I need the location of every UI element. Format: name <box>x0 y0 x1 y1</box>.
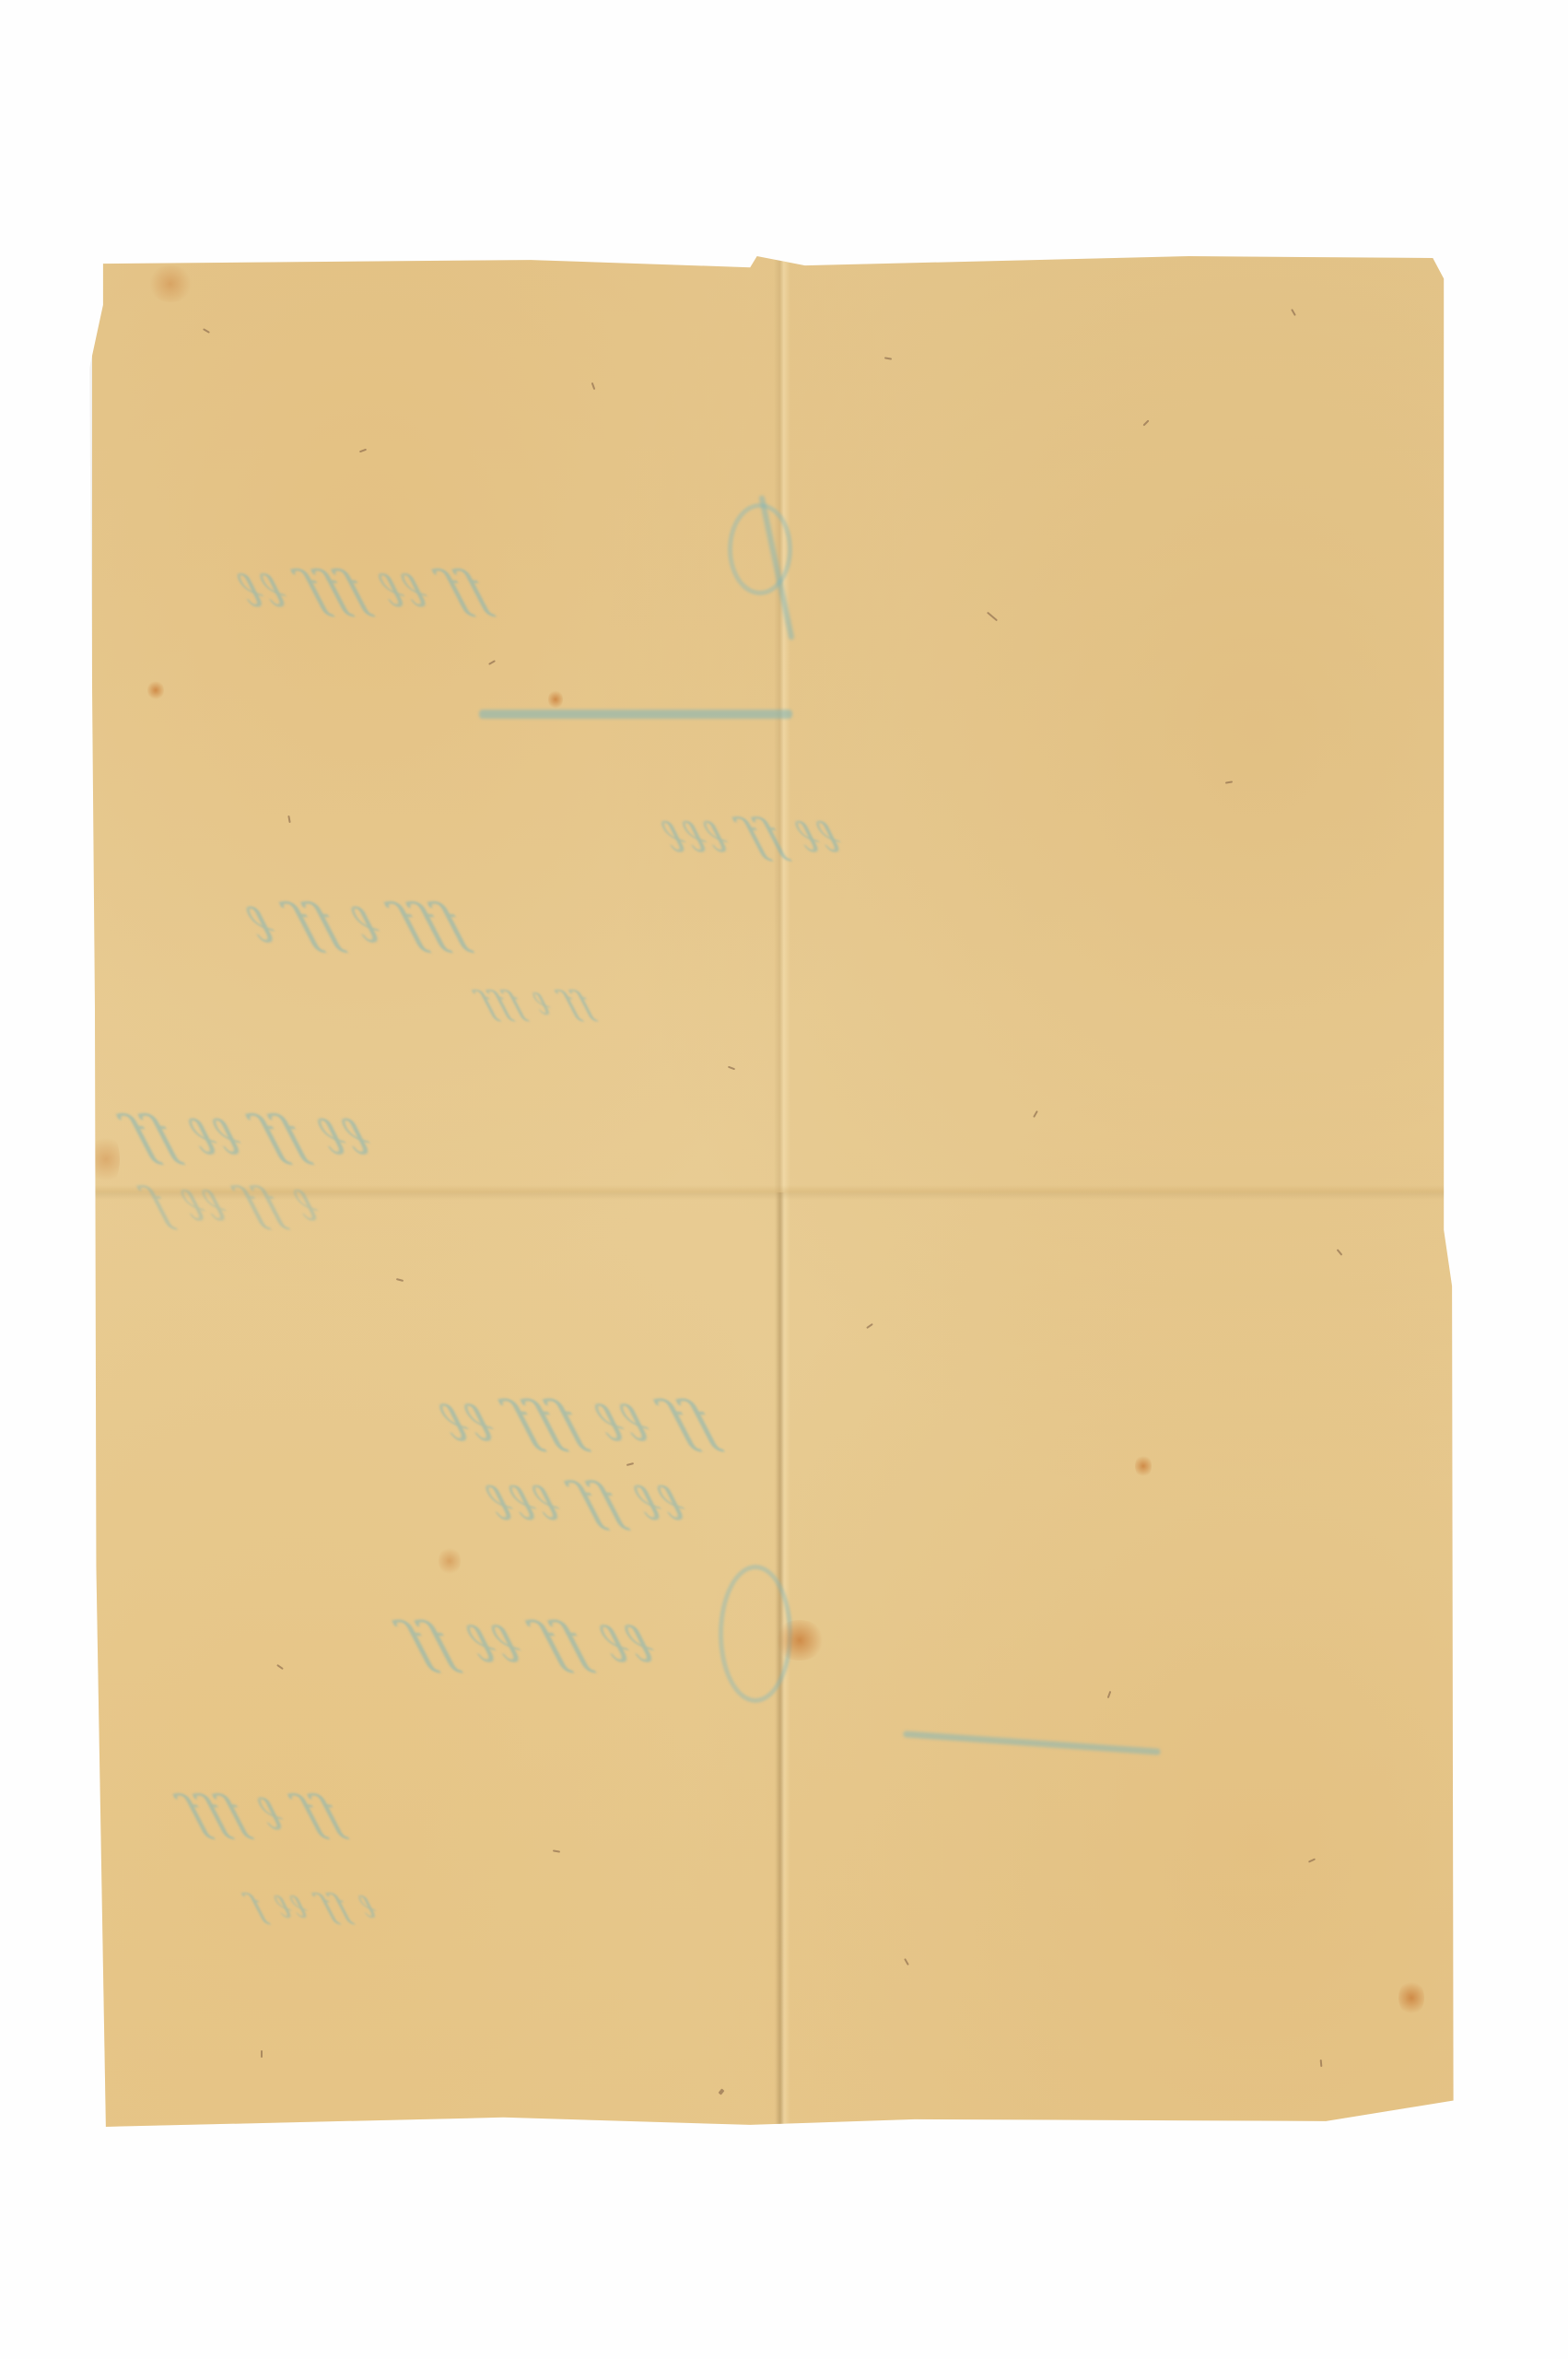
paper-fiber <box>904 1958 909 1966</box>
ink-mark-line-6: ℓ ſſ ℓℓ ſ <box>242 1887 381 1926</box>
rust-stain <box>147 265 193 302</box>
ink-mark-line-4b: ℓ ſſ ℓℓ ſ <box>139 1178 326 1231</box>
ink-signature-line-2: ℓℓ ſſ ℓℓℓ <box>478 1473 693 1532</box>
ink-mark-line-2: ℓℓ ſſ ℓℓℓ <box>655 809 848 863</box>
paper-fiber <box>1308 1858 1316 1862</box>
ink-underline <box>479 710 792 719</box>
ink-mark-line-5: ſſ ℓ ſſſ <box>175 1786 346 1841</box>
paper-fiber <box>1107 1691 1112 1698</box>
ink-mark-line-4: ℓℓ ſſ ℓℓ ſſ <box>119 1104 379 1167</box>
aged-paper-sheet: ſſ ℓℓ ſſſ ℓℓ ℓℓ ſſ ℓℓℓ ſſſ ℓ ſſ ℓ ſſ ℓ ſ… <box>92 256 1463 2129</box>
ink-mark-line-1: ſſ ℓℓ ſſſ ℓℓ <box>230 560 494 618</box>
paper-fiber <box>1142 419 1149 426</box>
ink-mark-line-3b: ſſ ℓ ſſſ <box>473 984 596 1023</box>
rust-stain <box>1135 1454 1152 1478</box>
ink-underline-lower <box>903 1731 1161 1755</box>
ink-loop-mark <box>728 503 792 595</box>
paper-fiber <box>359 449 367 453</box>
paper-fiber <box>1320 2060 1323 2067</box>
paper-fiber <box>488 660 496 665</box>
rust-stain <box>92 1132 120 1187</box>
rust-stain <box>548 689 563 710</box>
ink-mark-line-3: ſſſ ℓ ſſ ℓ <box>239 892 472 955</box>
rust-stain <box>439 1546 461 1576</box>
paper-fiber <box>287 816 290 823</box>
paper-fiber <box>276 1664 284 1670</box>
ink-signature-line-1: ſſ ℓℓ ſſſ ℓℓ <box>432 1390 722 1454</box>
paper-fiber <box>626 1462 634 1466</box>
rust-stain <box>1398 1979 1424 2016</box>
paper-fiber <box>884 357 892 359</box>
paper-fiber <box>553 1849 560 1852</box>
paper-fiber <box>261 2050 263 2058</box>
paper-fiber <box>1033 1110 1038 1118</box>
ink-signature-line-3: ℓℓ ſſ ℓℓ ſſ <box>395 1611 663 1675</box>
paper-fiber <box>1225 780 1233 783</box>
rust-stain <box>147 680 164 700</box>
paper-fiber <box>396 1278 404 1282</box>
paper-fiber <box>719 2088 725 2095</box>
paper-fiber <box>591 382 596 390</box>
paper-fiber <box>1337 1249 1343 1255</box>
rust-stain <box>774 1620 825 1661</box>
paper-fiber <box>1291 309 1296 316</box>
paper-fiber <box>203 328 210 334</box>
paper-fiber <box>987 612 998 622</box>
paper-fiber <box>728 1066 735 1071</box>
paper-fiber <box>866 1323 873 1329</box>
photo-background: ſſ ℓℓ ſſſ ℓℓ ℓℓ ſſ ℓℓℓ ſſſ ℓ ſſ ℓ ſſ ℓ ſ… <box>0 0 1568 2359</box>
